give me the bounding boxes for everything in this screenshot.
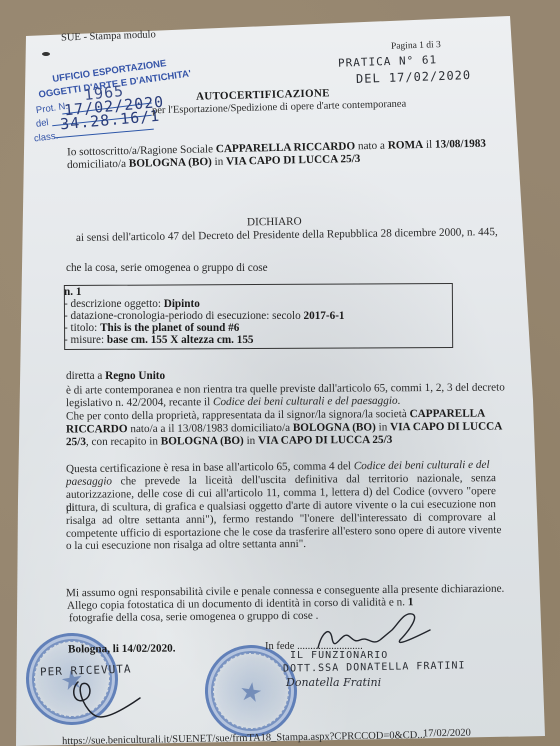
footer-print-date: 17/02/2020 <box>423 727 471 741</box>
handwritten-signatures <box>0 0 560 746</box>
